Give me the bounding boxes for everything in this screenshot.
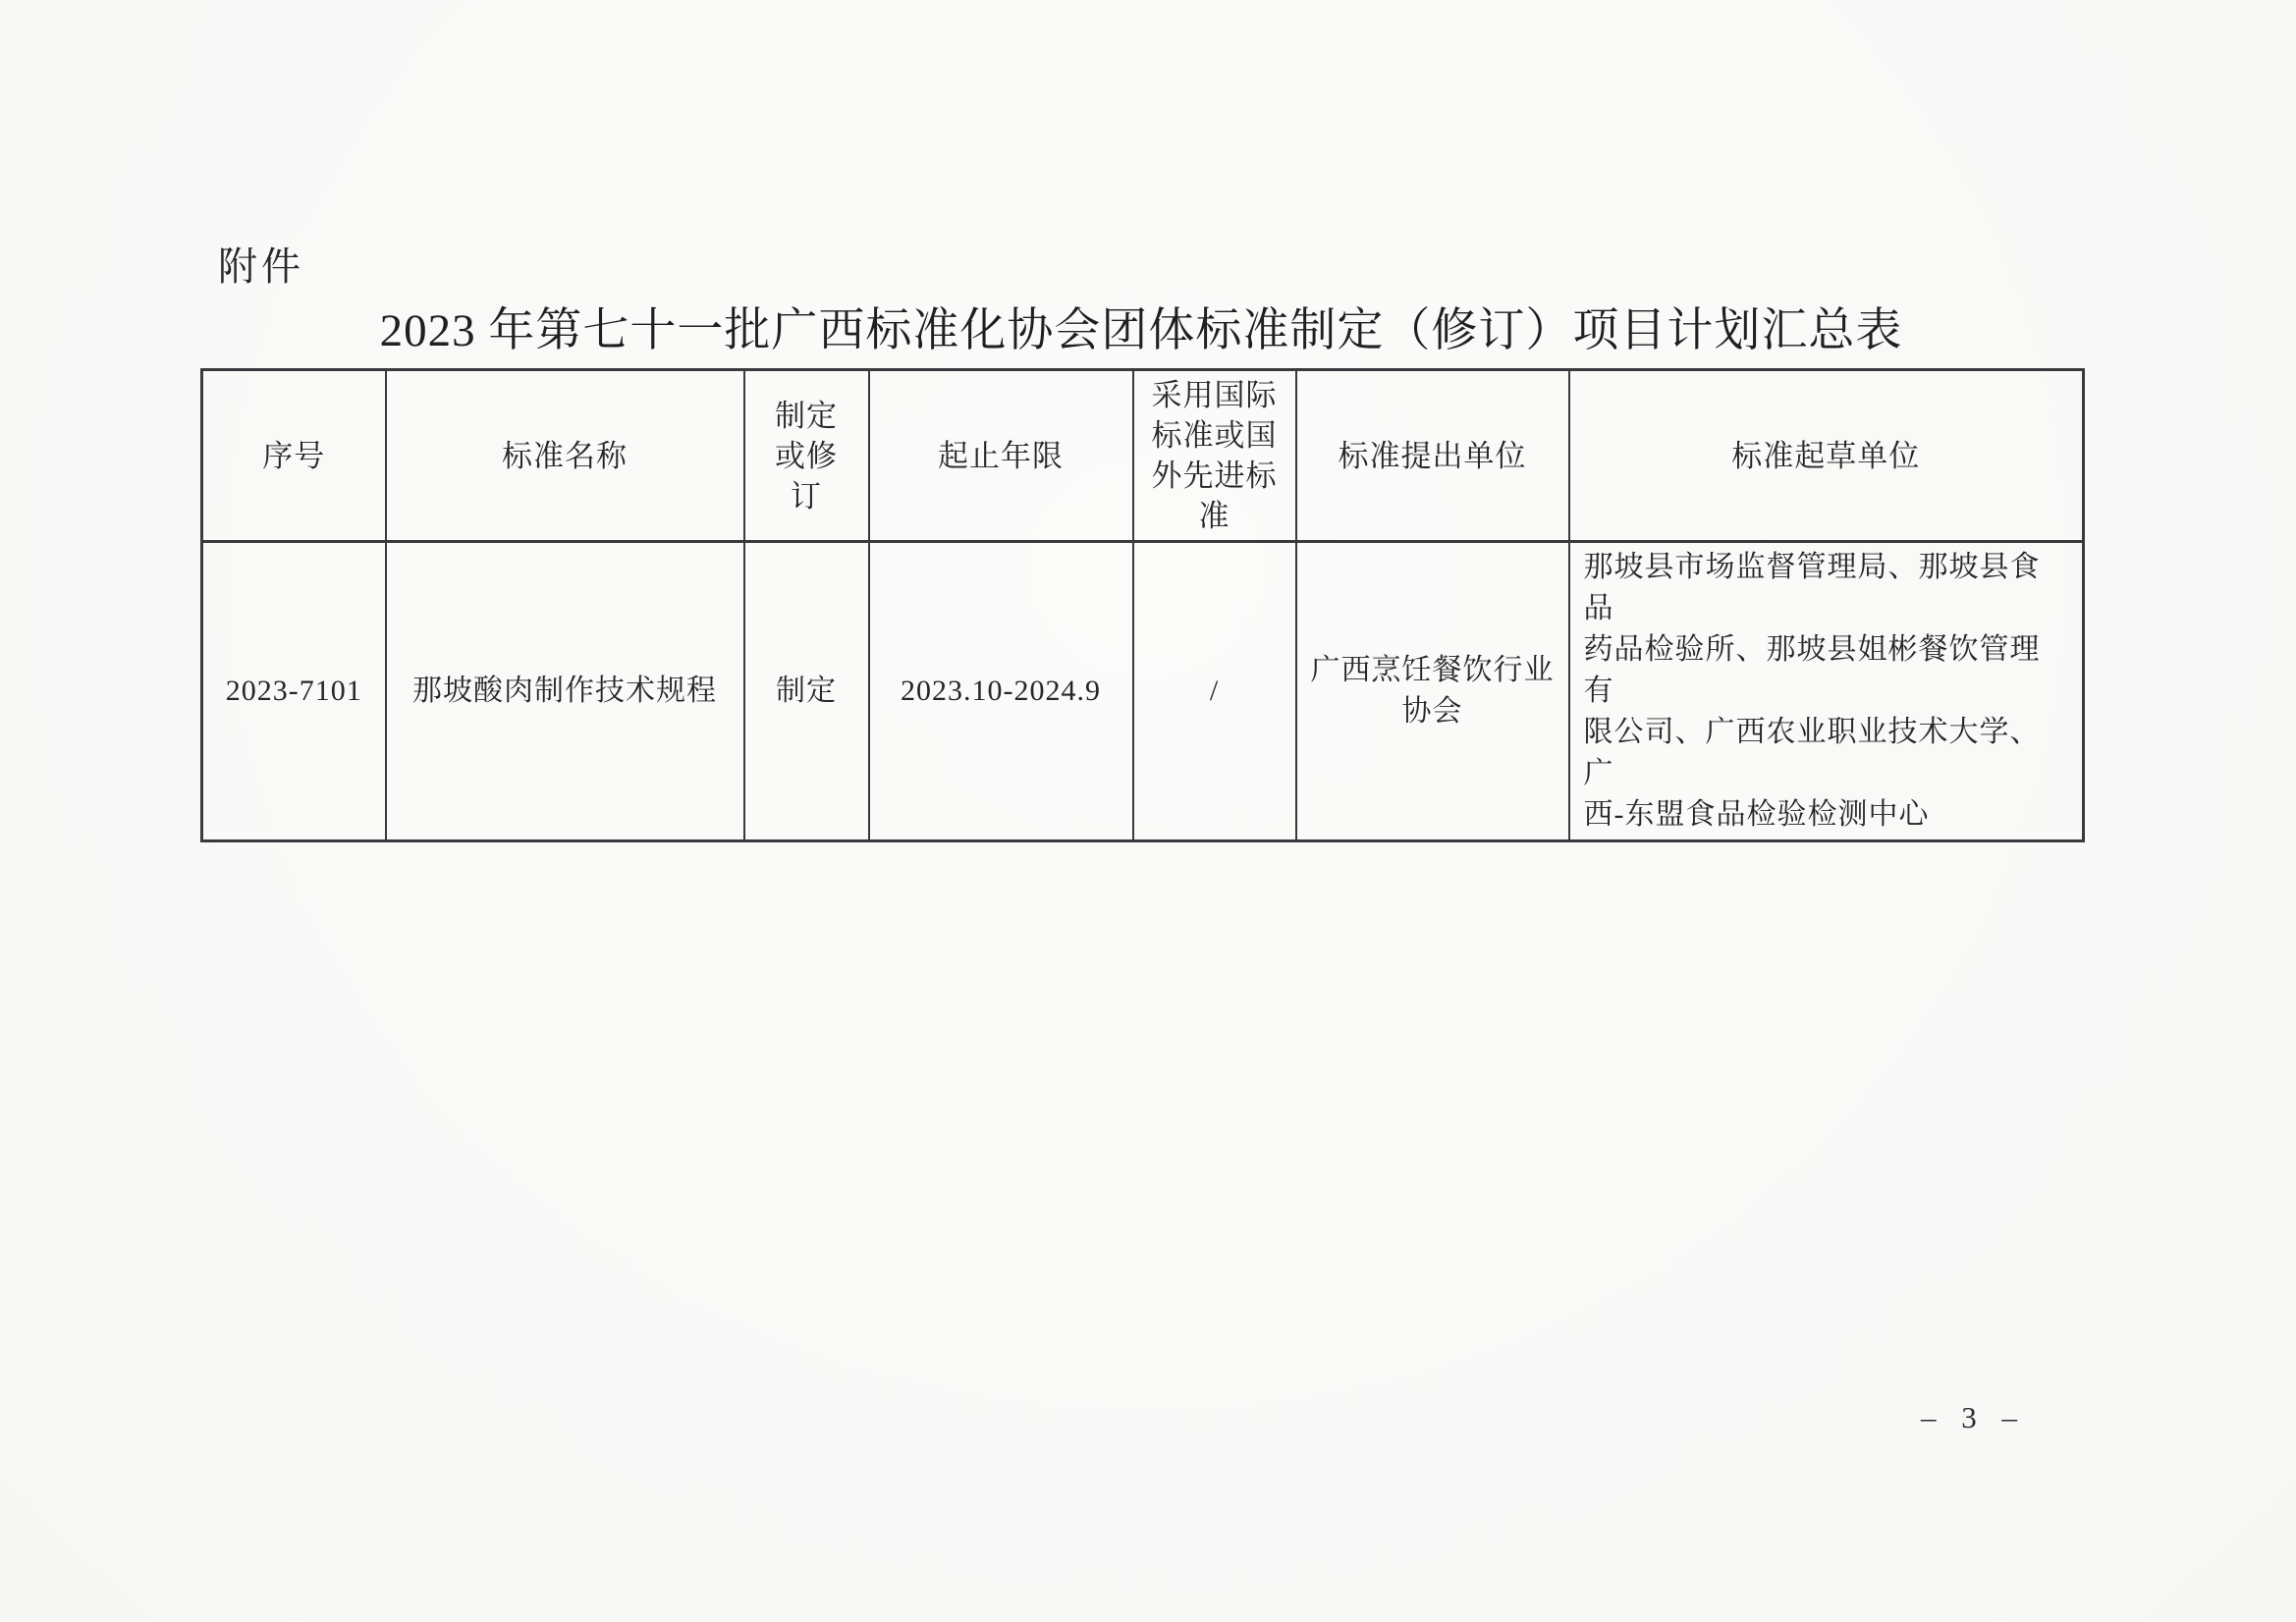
col-header-formulate-or-revise: 制定 或修 订: [744, 370, 869, 542]
cell-proposer: 广西烹饪餐饮行业 协会: [1296, 542, 1569, 841]
col-header-proposer: 标准提出单位: [1296, 370, 1569, 542]
col-header-standard-name: 标准名称: [386, 370, 744, 542]
cell-intl-standard: /: [1133, 542, 1296, 841]
plan-summary-table: 序号 标准名称 制定 或修 订 起止年限 采用国际 标准或国 外先进标 准 标准…: [200, 368, 2085, 842]
page-number: – 3 –: [1921, 1400, 2026, 1435]
cell-standard-name: 那坡酸肉制作技术规程: [386, 542, 744, 841]
cell-seq: 2023-7101: [202, 542, 386, 841]
col-header-drafters: 标准起草单位: [1569, 370, 2084, 542]
cell-formulate-or-revise: 制定: [744, 542, 869, 841]
col-header-seq: 序号: [202, 370, 386, 542]
table-row: 2023-7101 那坡酸肉制作技术规程 制定 2023.10-2024.9 /…: [202, 542, 2084, 841]
table-header-row: 序号 标准名称 制定 或修 订 起止年限 采用国际 标准或国 外先进标 准 标准…: [202, 370, 2084, 542]
cell-period: 2023.10-2024.9: [869, 542, 1133, 841]
attachment-label: 附件: [218, 236, 304, 292]
scanned-document-page: 附件 2023 年第七十一批广西标准化协会团体标准制定（修订）项目计划汇总表 序…: [0, 0, 2296, 1622]
cell-drafters: 那坡县市场监督管理局、那坡县食品 药品检验所、那坡县姐彬餐饮管理有 限公司、广西…: [1569, 542, 2084, 841]
document-title: 2023 年第七十一批广西标准化协会团体标准制定（修订）项目计划汇总表: [200, 294, 2082, 359]
col-header-intl-standard: 采用国际 标准或国 外先进标 准: [1133, 370, 1296, 542]
col-header-period: 起止年限: [869, 370, 1133, 542]
